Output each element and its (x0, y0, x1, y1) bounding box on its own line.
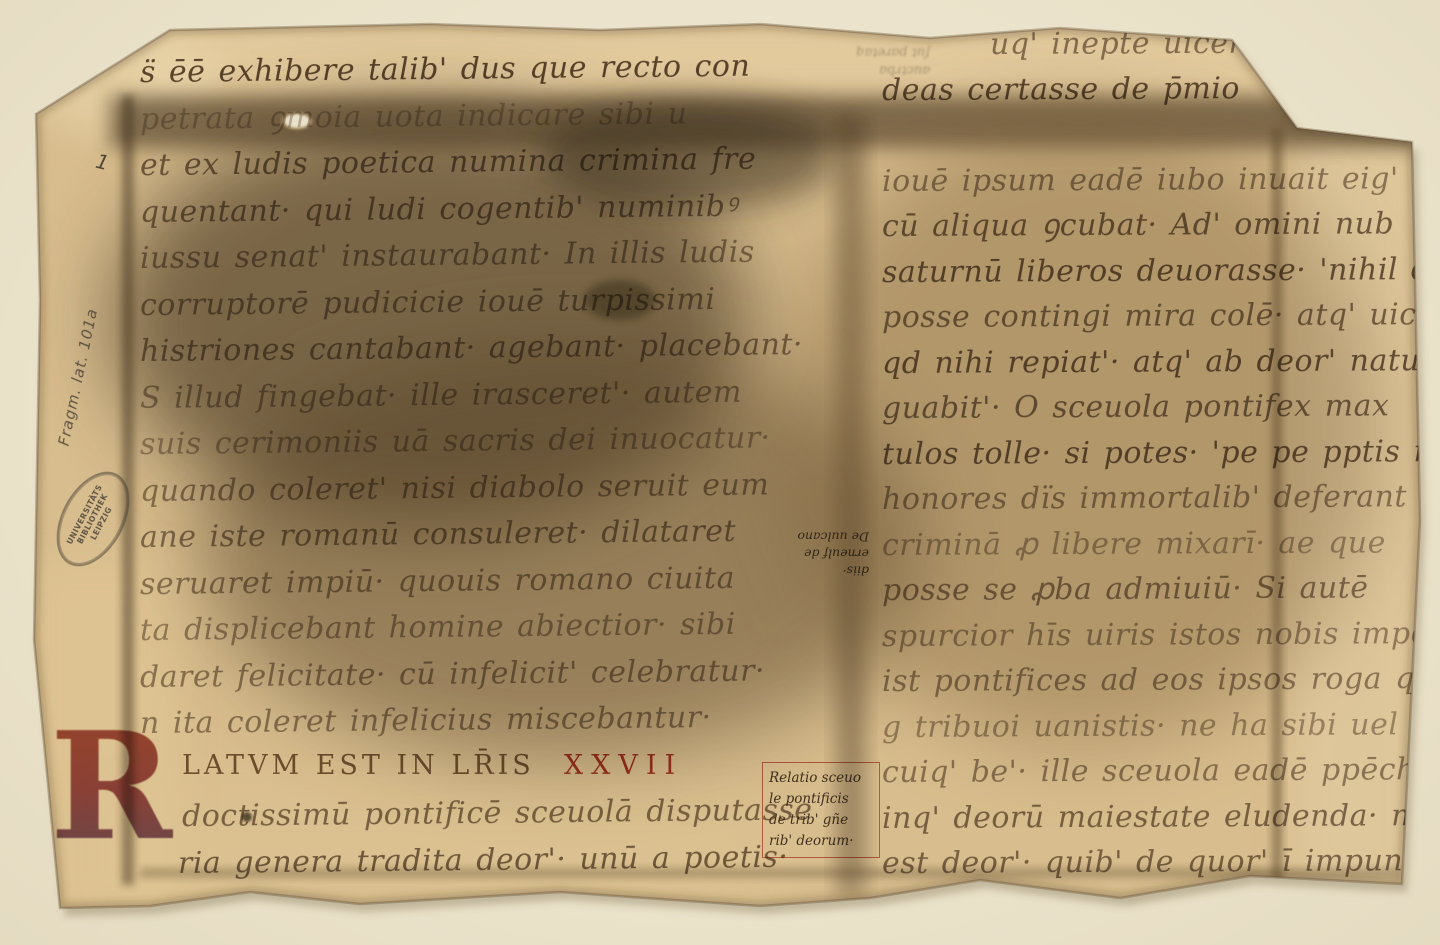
manuscript-line: spurcior hīs uiris istos nobis impor (882, 619, 1440, 652)
manuscript-line: guabit'· O sceuola pontifex max (882, 391, 1390, 424)
manuscript-line: saturnū liberos deuorasse· 'nihil de (882, 255, 1440, 288)
rust-spot (1388, 80, 1420, 104)
manuscript-line: deas certasse de p̄mio (882, 74, 1240, 106)
manuscript-line: inq' deorū maiestate eludenda· m (882, 801, 1420, 834)
manuscript-line: seruaret impiū· quouis romano ciuita (140, 563, 735, 599)
rubric-chapter-number: XXVII (564, 750, 683, 781)
manuscript-line: cū aliqua ꝯcubat· Ad' omini nub (882, 209, 1394, 242)
manuscript-line: posse contingi mira colē· atq' uici (882, 300, 1427, 333)
gutter-note-line: De uulcano (757, 528, 869, 545)
manuscript-line: histriones cantabant· agebant· placebant… (140, 330, 803, 367)
manuscript-line: iussu senat' instaurabant· In illis ludi… (140, 238, 755, 274)
manuscript-line: iouē ipsum eadē iubo inuait eig' (882, 164, 1399, 197)
manuscript-line: tulos tolle· si potes· 'pe pe pptis n (882, 437, 1433, 470)
manuscript-line: g tribuoi uanistis· ne ha sibi uel (882, 710, 1399, 743)
manuscript-line: cuiq' be'· ille sceuola eadē ppēch' (882, 755, 1425, 788)
manuscript-line: petrata ꝯmoia uota indicare sibi u (140, 99, 688, 135)
ghost-note-line: ſut paretaq (790, 42, 930, 60)
rubric-capitals: LATVM EST IN LR̄IS (182, 750, 535, 781)
manuscript-line: ist pontifices ad eos ipsos roga que (882, 664, 1440, 697)
manuscript-line: doctissimū pontificē sceuolā disputasse (182, 795, 813, 832)
manuscript-line: s̈ ēē exhibere talib' dus que recto con (140, 52, 751, 88)
manuscript-line: est deor'· quib' de quor' ī impune fit (882, 846, 1440, 879)
chapter-note-line: Relatio sceuo (769, 768, 873, 789)
manuscript-text-layer: R LATVM EST IN LR̄IS XXVII diis· erneulf… (0, 0, 1440, 945)
manuscript-line: ria genera tradita deor'· unū a poetis· (178, 842, 789, 878)
manuscript-line: honores dïs immortalib' deferant (882, 482, 1407, 515)
manuscript-line: n ita coleret infelicius miscebantur· (140, 703, 712, 739)
gutter-note-line: diis· (757, 562, 869, 579)
manuscript-photo: R LATVM EST IN LR̄IS XXVII diis· erneulf… (0, 0, 1440, 945)
manuscript-line: daret felicitate· cū infelicit' celebrat… (140, 656, 765, 693)
manuscript-line: ane iste romanū consuleret· dilataret (140, 517, 736, 553)
manuscript-line: posse se ꝓba admiuiū· Si autē (882, 573, 1369, 606)
manuscript-line: S illud fingebat· ille irasceret'· autem (140, 377, 742, 413)
manuscript-line: corruptorē pudicicie iouē turpissimi (140, 284, 716, 320)
manuscript-line: ta displicebant homine abiectior· sibi (140, 610, 736, 646)
manuscript-line: criminā ꝓ libere mixarī· ae que (882, 528, 1386, 561)
chapter-rubric: LATVM EST IN LR̄IS XXVII (182, 750, 683, 781)
manuscript-line: quando coleret' nisi diabolo seruit eum (140, 470, 770, 507)
manuscript-line: quentant· qui ludi cogentib' numinibꝰ (140, 191, 738, 227)
manuscript-line: qd nihi repiat'· atq' ab deor' natu (882, 346, 1420, 379)
gutter-note-rotated: diis· erneulf de De uulcano (757, 528, 869, 579)
gutter-note-line: erneulf de (757, 545, 869, 562)
manuscript-line: et ex ludis poetica numina crimina fre (140, 145, 757, 181)
manuscript-line: suis cerimoniis uā sacris dei inuocatur· (140, 423, 771, 460)
